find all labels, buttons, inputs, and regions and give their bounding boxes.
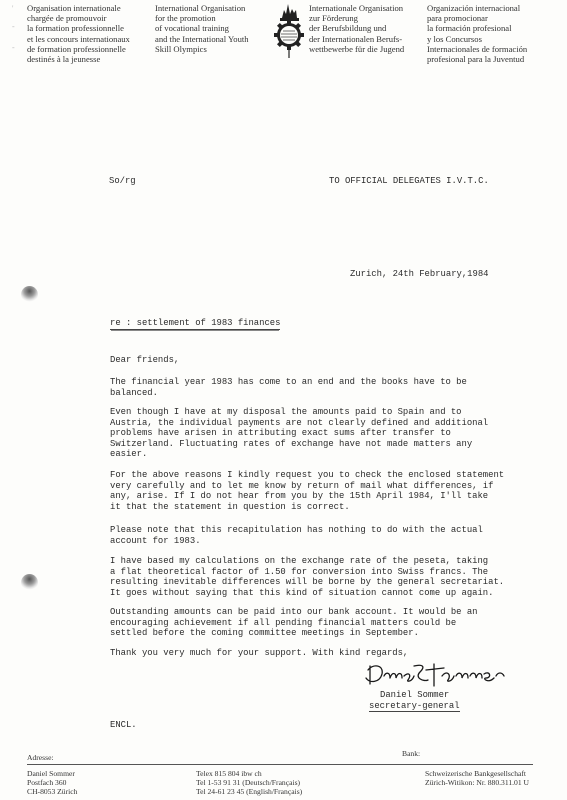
margin-mark: - — [12, 22, 15, 31]
paragraph-line: Even though I have at my disposal the am… — [110, 407, 488, 418]
signatory-name: Daniel Sommer — [380, 690, 449, 701]
letterhead-line: chargée de promouvoir — [27, 13, 130, 23]
letter-page: Organisation internationale chargée de p… — [0, 0, 567, 800]
letterhead-line: for the promotion — [155, 13, 249, 23]
paragraph-line: encouraging achievement if all pending f… — [110, 618, 478, 629]
punch-hole — [21, 574, 38, 591]
contact-line: Tel 1-53 91 31 (Deutsch/Français) — [196, 778, 302, 787]
letterhead-line: de formation professionnelle — [27, 44, 130, 54]
letterhead-line: der Internationalen Berufs- — [309, 34, 404, 44]
letterhead-german: Internationale Organisation zur Förderun… — [309, 3, 404, 54]
paragraph-line: It goes without saying that this kind of… — [110, 588, 504, 599]
letterhead-line: wettbewerbe für die Jugend — [309, 44, 404, 54]
reference-code: So/rg — [109, 176, 136, 187]
handwritten-signature-icon — [362, 660, 522, 692]
paragraph-line: settled before the coming committee meet… — [110, 628, 478, 639]
salutation: Dear friends, — [110, 355, 179, 366]
paragraph-line: it that the statement in question is cor… — [110, 502, 504, 513]
paragraph-line: easier. — [110, 449, 488, 460]
letterhead-line: la formación profesional — [427, 23, 527, 33]
letterhead-english: International Organisation for the promo… — [155, 3, 249, 54]
address-label: Adresse: — [27, 753, 54, 762]
paragraph-4: Please note that this recapitulation has… — [110, 525, 483, 546]
footer-address: Daniel Sommer Postfach 360 CH-8053 Züric… — [27, 769, 77, 796]
paragraph-line: a flat theoretical factor of 1.50 for co… — [110, 567, 504, 578]
letterhead-line: y los Concursos — [427, 34, 527, 44]
contact-line: Telex 815 804 ibw ch — [196, 769, 302, 778]
margin-mark: ' — [12, 4, 13, 13]
letterhead-french: Organisation internationale chargée de p… — [27, 3, 130, 64]
paragraph-5: I have based my calculations on the exch… — [110, 556, 504, 598]
footer-bank: Schweizerische Bankgesellschaft Zürich-W… — [425, 769, 529, 787]
contact-line: Tel 24-61 23 45 (English/Français) — [196, 787, 302, 796]
paragraph-line: problems have arisen in attributing exac… — [110, 428, 488, 439]
letterhead-line: der Berufsbildung und — [309, 23, 404, 33]
paragraph-1: The financial year 1983 has come to an e… — [110, 377, 467, 398]
paragraph-3: For the above reasons I kindly request y… — [110, 470, 504, 512]
margin-mark: - — [12, 43, 15, 52]
paragraph-line: Austria, the individual payments are not… — [110, 418, 488, 429]
letterhead-line: para promocionar — [427, 13, 527, 23]
bank-line: Schweizerische Bankgesellschaft — [425, 769, 529, 778]
letterhead-spanish: Organización internacional para promocio… — [427, 3, 527, 64]
letterhead-line: Organización internacional — [427, 3, 527, 13]
paragraph-line: balanced. — [110, 388, 467, 399]
recipient-line: TO OFFICIAL DELEGATES I.V.T.C. — [329, 176, 489, 187]
letterhead-line: Organisation internationale — [27, 3, 130, 13]
letterhead-line: zur Förderung — [309, 13, 404, 23]
paragraph-line: very carefully and to let me know by ret… — [110, 481, 504, 492]
letterhead-line: Internationale Organisation — [309, 3, 404, 13]
address-line: Postfach 360 — [27, 778, 77, 787]
paragraph-line: any, arise. If I do not hear from you by… — [110, 491, 504, 502]
letterhead-line: of vocational training — [155, 23, 249, 33]
footer-divider — [27, 764, 533, 765]
signatory-title: secretary-general — [369, 701, 460, 712]
letterhead-line: International Organisation — [155, 3, 249, 13]
letterhead-line: destinés à la jeunesse — [27, 54, 130, 64]
address-line: CH-8053 Zürich — [27, 787, 77, 796]
footer-contact: Telex 815 804 ibw ch Tel 1-53 91 31 (Deu… — [196, 769, 302, 796]
paragraph-line: The financial year 1983 has come to an e… — [110, 377, 467, 388]
letterhead-line: et les concours internationaux — [27, 34, 130, 44]
organisation-logo-icon — [272, 0, 306, 80]
paragraph-line: Outstanding amounts can be paid into our… — [110, 607, 478, 618]
paragraph-line: I have based my calculations on the exch… — [110, 556, 504, 567]
letterhead-line: Internacionales de formación — [427, 44, 527, 54]
letterhead-line: Skill Olympics — [155, 44, 249, 54]
paragraph-line: For the above reasons I kindly request y… — [110, 470, 504, 481]
date-line: Zurich, 24th February,1984 — [350, 269, 488, 280]
paragraph-line: Thank you very much for your support. Wi… — [110, 648, 408, 659]
paragraph-line: Please note that this recapitulation has… — [110, 525, 483, 536]
paragraph-line: Switzerland. Fluctuating rates of exchan… — [110, 439, 488, 450]
paragraph-7: Thank you very much for your support. Wi… — [110, 648, 408, 659]
letterhead-line: la formation professionnelle — [27, 23, 130, 33]
enclosure-note: ENCL. — [110, 720, 137, 731]
bank-label: Bank: — [402, 749, 420, 758]
subject-line: re : settlement of 1983 finances — [110, 318, 280, 330]
bank-line: Zürich-Witikon: Nr. 880.311.01 U — [425, 778, 529, 787]
paragraph-line: resulting inevitable differences will be… — [110, 577, 504, 588]
paragraph-line: account for 1983. — [110, 536, 483, 547]
letterhead-line: and the International Youth — [155, 34, 249, 44]
punch-hole — [21, 286, 38, 303]
letterhead-line: profesional para la Juventud — [427, 54, 527, 64]
paragraph-2: Even though I have at my disposal the am… — [110, 407, 488, 460]
paragraph-6: Outstanding amounts can be paid into our… — [110, 607, 478, 639]
address-line: Daniel Sommer — [27, 769, 77, 778]
